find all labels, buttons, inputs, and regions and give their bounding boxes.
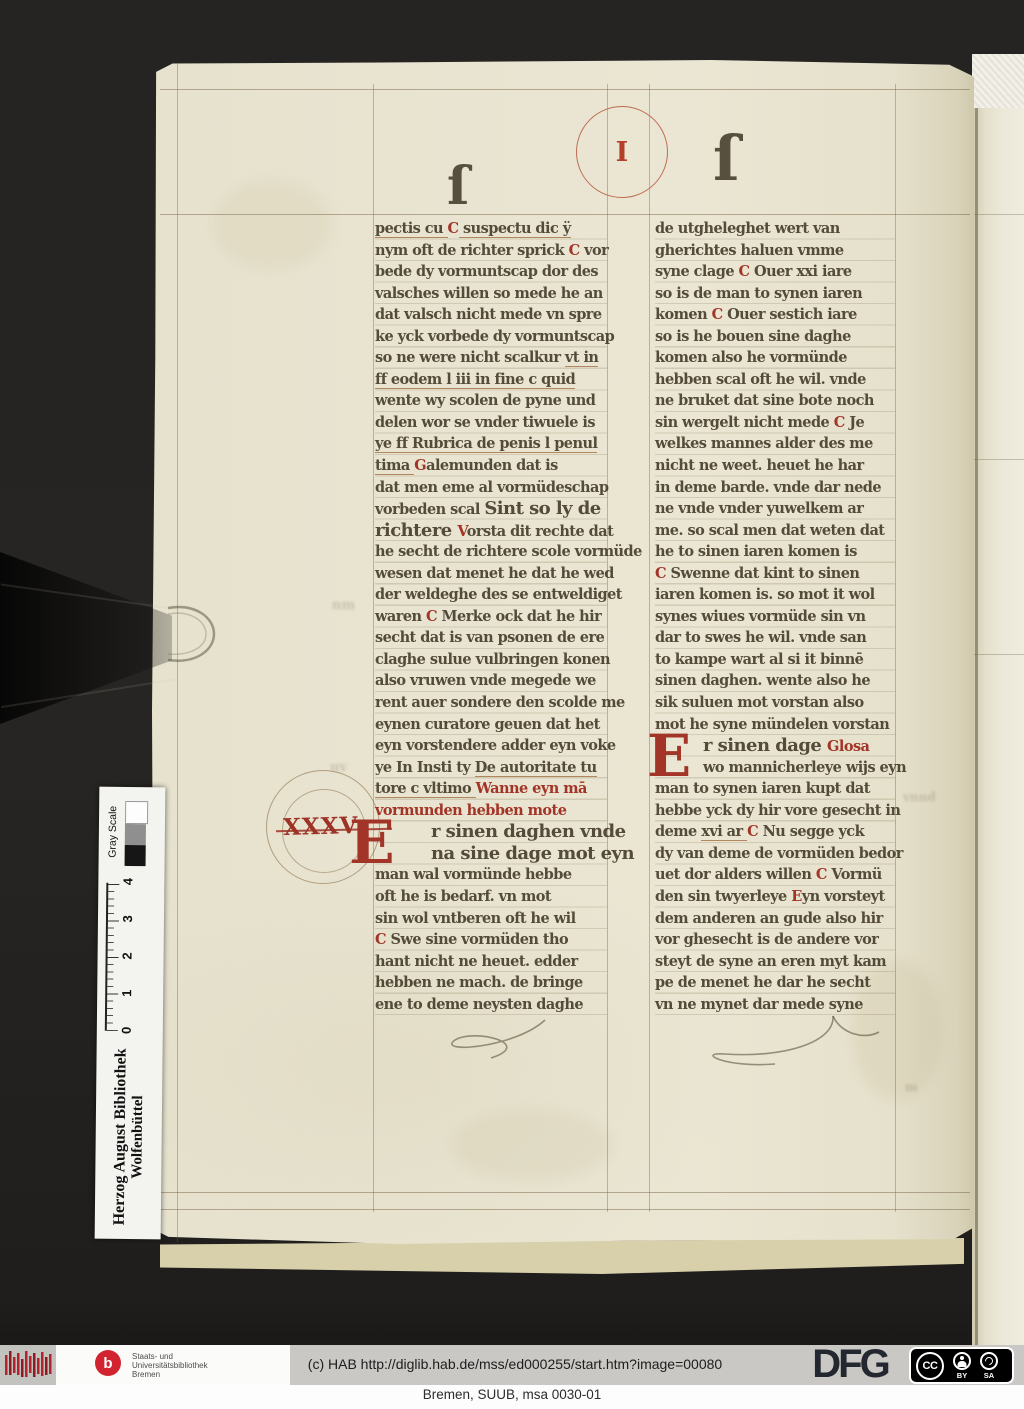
manuscript-line: vn ne mynet dar mede syne (655, 994, 895, 1016)
showthrough-smudge: m (905, 1080, 918, 1094)
manuscript-line: r sinen dage Glosa (655, 735, 895, 757)
bremen-b-icon: b (95, 1350, 121, 1376)
manuscript-column-left: pectis cu C suspectu dic ÿnym oft de ric… (375, 218, 607, 1015)
ruling-line (160, 1209, 970, 1210)
manuscript-line: hebben scal oft he wil. vnde (655, 369, 895, 391)
manuscript-line: sik suluen mot vorstan also (655, 692, 895, 714)
manuscript-line: ff eodem l iii in fine c quid (375, 369, 607, 391)
manuscript-line: ene to deme neysten daghe (375, 994, 607, 1016)
manuscript-line: steyt de syne an eren myt kam (655, 951, 895, 973)
cc-sa-label: SA (984, 1371, 994, 1380)
manuscript-line: sin wol vntberen oft he wil (375, 908, 607, 930)
cc-sa-icon (980, 1352, 998, 1370)
manuscript-line: mot he syne mündelen vorstan (655, 714, 895, 736)
photo-background: I XXXV pectis cu C suspectu dic ÿnym oft… (0, 0, 1024, 1409)
manuscript-line: vor ghesecht is de andere vor (655, 929, 895, 951)
manuscript-line: so is de man to synen iaren (655, 283, 895, 305)
scale-card: Herzog August Bibliothek Wolfenbüttel 0 … (95, 787, 166, 1240)
manuscript-line: synes wiues vormüde sin vn (655, 606, 895, 628)
cc-by-person-icon (953, 1352, 971, 1370)
cc-sa-group: SA (980, 1352, 998, 1380)
chapter-numeral: XXXV (283, 812, 359, 841)
manuscript-line: dem anderen an gude also hir (655, 908, 895, 930)
manuscript-line: also vruwen vnde megede we (375, 670, 607, 692)
manuscript-line: pe de menet he dar he secht (655, 972, 895, 994)
gray-scale: Gray Scale (98, 787, 165, 878)
decorative-ascender: ſ (713, 122, 739, 195)
showthrough-smudge: uv (330, 760, 347, 775)
manuscript-line: tima Galemunden dat is (375, 455, 607, 477)
manuscript-line: dar to swes he wil. vnde san (655, 627, 895, 649)
manuscript-line: C Swe sine vormüden tho (375, 929, 607, 951)
ruling-line (160, 1192, 970, 1193)
manuscript-line: wente wy scolen de pyne und (375, 390, 607, 412)
ruler-ticks (105, 883, 120, 1031)
copyright-url: (c) HAB http://diglib.hab.de/mss/ed00025… (280, 1356, 750, 1372)
manuscript-line: me. so scal men dat weten dat (655, 520, 895, 542)
manuscript-line: secht dat is van psonen de ere (375, 627, 607, 649)
manuscript-line: syne clage C Ouer xxi iare (655, 261, 895, 283)
manuscript-line: uet dor alders willen C Vormü (655, 864, 895, 886)
library-name-line1: Herzog August Bibliothek (110, 1035, 130, 1239)
manuscript-line: valsches willen so mede he an (375, 283, 607, 305)
page-stack-edge (160, 1238, 964, 1274)
manuscript-line: komen C Ouer sestich iare (655, 304, 895, 326)
manuscript-line: he to sinen iaren komen is (655, 541, 895, 563)
manuscript-line: pectis cu C suspectu dic ÿ (375, 218, 607, 240)
illuminated-initial: E (647, 730, 691, 782)
cc-icon: CC (916, 1352, 944, 1380)
manuscript-line: dat men eme al vormüdeschap (375, 477, 607, 499)
manuscript-line: ye In Insti ty De autoritate tu (375, 757, 607, 779)
manuscript-line: richtere Vorsta dit rechte dat (375, 520, 607, 542)
ruling-line (160, 214, 970, 215)
manuscript-line: sin wergelt nicht mede C Je (655, 412, 895, 434)
swatch-black (125, 845, 146, 866)
manuscript-line: so is he bouen sine daghe (655, 326, 895, 348)
manuscript-line: so ne were nicht scalkur vt in (375, 347, 607, 369)
manuscript-line: ye ff Rubrica de penis l penul (375, 433, 607, 455)
manuscript-line: den sin twyerleye Eyn vorsteyt (655, 886, 895, 908)
manuscript-line: vormunden hebben mote (375, 800, 607, 822)
swatch-gray (125, 824, 146, 845)
manuscript-line: hant nicht ne heuet. edder (375, 951, 607, 973)
cm-ruler: 0 1 2 3 4 (97, 877, 165, 1036)
manuscript-line: hebbe yck dy hir vore gesecht in (655, 800, 895, 822)
cc-by-group: BY (953, 1352, 971, 1380)
decorative-ascender: ſ (447, 156, 469, 217)
manuscript-line: welkes mannes alder des me (655, 433, 895, 455)
manuscript-line: ne bruket dat sine bote noch (655, 390, 895, 412)
manuscript-line: oft he is bedarf. vn mot (375, 886, 607, 908)
manuscript-line: bede dy vormuntscap dor des (375, 261, 607, 283)
gutter-shadow (975, 54, 978, 1345)
folio-numeral: I (577, 107, 667, 197)
manuscript-line: wo mannicherleye wijs eyn (655, 757, 895, 779)
bremen-library-name: Staats- und Universitätsbibliothek Breme… (132, 1352, 208, 1379)
manuscript-line: hebben ne mach. de bringe (375, 972, 607, 994)
manuscript-line: delen wor se vnder tiwuele is (375, 412, 607, 434)
bremen-bars-icon (0, 1345, 56, 1385)
shelfmark-caption: Bremen, SUUB, msa 0030-01 (0, 1387, 1024, 1402)
manuscript-line: de utgheleghet wert van (655, 218, 895, 240)
manuscript-line: dat valsch nicht mede vn spre (375, 304, 607, 326)
manuscript-line: he secht de richtere scole vormüde (375, 541, 607, 563)
manuscript-line: to kampe wart al si it binnē (655, 649, 895, 671)
page-holder-fixture (0, 552, 172, 724)
manuscript-line: nym oft de richter sprick C vor (375, 240, 607, 262)
manuscript-line: ne vnde vnder yuwelkem ar (655, 498, 895, 520)
manuscript-line: komen also he vormünde (655, 347, 895, 369)
manuscript-line: r sinen daghen vnde (375, 821, 607, 843)
pen-flourish (395, 1014, 615, 1074)
manuscript-line: deme xvi ar C Nu segge yck (655, 821, 895, 843)
ruling-line (649, 84, 650, 1212)
manuscript-line: man wal vormünde hebbe (375, 864, 607, 886)
ruling-line (160, 89, 970, 90)
manuscript-line: nicht ne weet. heuet he har (655, 455, 895, 477)
swatch-white (125, 801, 148, 824)
manuscript-line: ke yck vorbede dy vormuntscap (375, 326, 607, 348)
dfg-logo: DFG (800, 1344, 900, 1384)
manuscript-line: sinen daghen. wente also he (655, 670, 895, 692)
illuminated-initial: E (349, 816, 394, 870)
manuscript-column-right: de utgheleghet wert vangherichtes haluen… (655, 218, 895, 1015)
gray-scale-swatches (125, 801, 149, 866)
bremen-bars-logo-block (0, 1345, 56, 1385)
ruler-numbers: 0 1 2 3 4 (119, 878, 136, 1035)
manuscript-line: in deme barde. vnde dar nede (655, 477, 895, 499)
manuscript-line: der weldeghe des se entweldiget (375, 584, 607, 606)
manuscript-line: dy van deme de vormüden bedor (655, 843, 895, 865)
cc-by-label: BY (957, 1371, 967, 1380)
showthrough-smudge: vnnd (903, 790, 936, 804)
manuscript-line: rent auer sondere den scolde me (375, 692, 607, 714)
ruling-line (373, 84, 374, 1212)
manuscript-line: man to synen iaren kupt dat (655, 778, 895, 800)
page-clip (168, 600, 220, 668)
pen-flourish (665, 1014, 905, 1084)
manuscript-line: iaren komen is. so mot it wol (655, 584, 895, 606)
manuscript-line: eyn vorstendere adder eyn voke (375, 735, 607, 757)
gray-scale-label: Gray Scale (106, 787, 119, 877)
manuscript-line: wesen dat menet he dat he wed (375, 563, 607, 585)
library-name-line2: Wolfenbüttel (128, 1035, 147, 1239)
library-name: Herzog August Bibliothek Wolfenbüttel (95, 1035, 163, 1240)
manuscript-line: C Swenne dat kint to sinen (655, 563, 895, 585)
manuscript-line: eynen curatore geuen dat het (375, 714, 607, 736)
folio-number-circle: I (576, 106, 668, 198)
manuscript-line: claghe sulue vulbringen konen (375, 649, 607, 671)
manuscript-line: gherichtes haluen vmme (655, 240, 895, 262)
book-edge-texture (972, 54, 1024, 108)
manuscript-line: na sine dage mot eyn (375, 843, 607, 865)
showthrough-smudge: nm (332, 598, 355, 613)
manuscript-line: vorbeden scal Sint so ly de (375, 498, 607, 520)
scale-card-content: Herzog August Bibliothek Wolfenbüttel 0 … (95, 787, 166, 1240)
manuscript-line: tore c vltimo Wanne eyn mā (375, 778, 607, 800)
manuscript-line: waren C Merke ock dat he hir (375, 606, 607, 628)
cc-license-badge: CC BY SA (909, 1347, 1014, 1384)
facing-page-edge (972, 54, 1024, 1345)
